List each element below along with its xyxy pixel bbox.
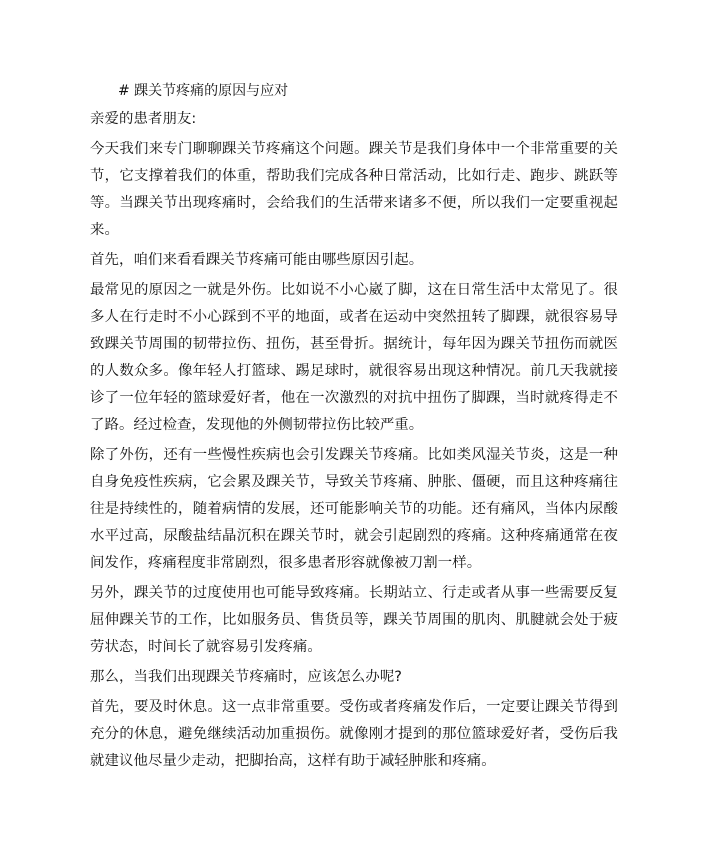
chronic-disease-paragraph: 除了外伤，还有一些慢性疾病也会引发踝关节疼痛。比如类风湿关节炎，这是一种自身免疫… [90, 442, 618, 577]
trauma-cause-paragraph: 最常见的原因之一就是外伤。比如说不小心崴了脚，这在日常生活中太常见了。很多人在行… [90, 277, 618, 439]
rest-advice-paragraph: 首先，要及时休息。这一点非常重要。受伤或者疼痛发作后，一定要让踝关节得到充分的休… [90, 694, 618, 775]
greeting-paragraph: 亲爱的患者朋友: [90, 106, 618, 133]
treatment-question-paragraph: 那么，当我们出现踝关节疼痛时，应该怎么办呢? [90, 664, 618, 691]
causes-intro-paragraph: 首先，咱们来看看踝关节疼痛可能由哪些原因引起。 [90, 247, 618, 274]
document-title: # 踝关节疼痛的原因与应对 [90, 80, 618, 102]
overuse-paragraph: 另外，踝关节的过度使用也可能导致疼痛。长期站立、行走或者从事一些需要反复屈伸踝关… [90, 580, 618, 661]
intro-paragraph: 今天我们来专门聊聊踝关节疼痛这个问题。踝关节是我们身体中一个非常重要的关节，它支… [90, 136, 618, 244]
document-page: # 踝关节疼痛的原因与应对 亲爱的患者朋友: 今天我们来专门聊聊踝关节疼痛这个问… [90, 80, 618, 778]
